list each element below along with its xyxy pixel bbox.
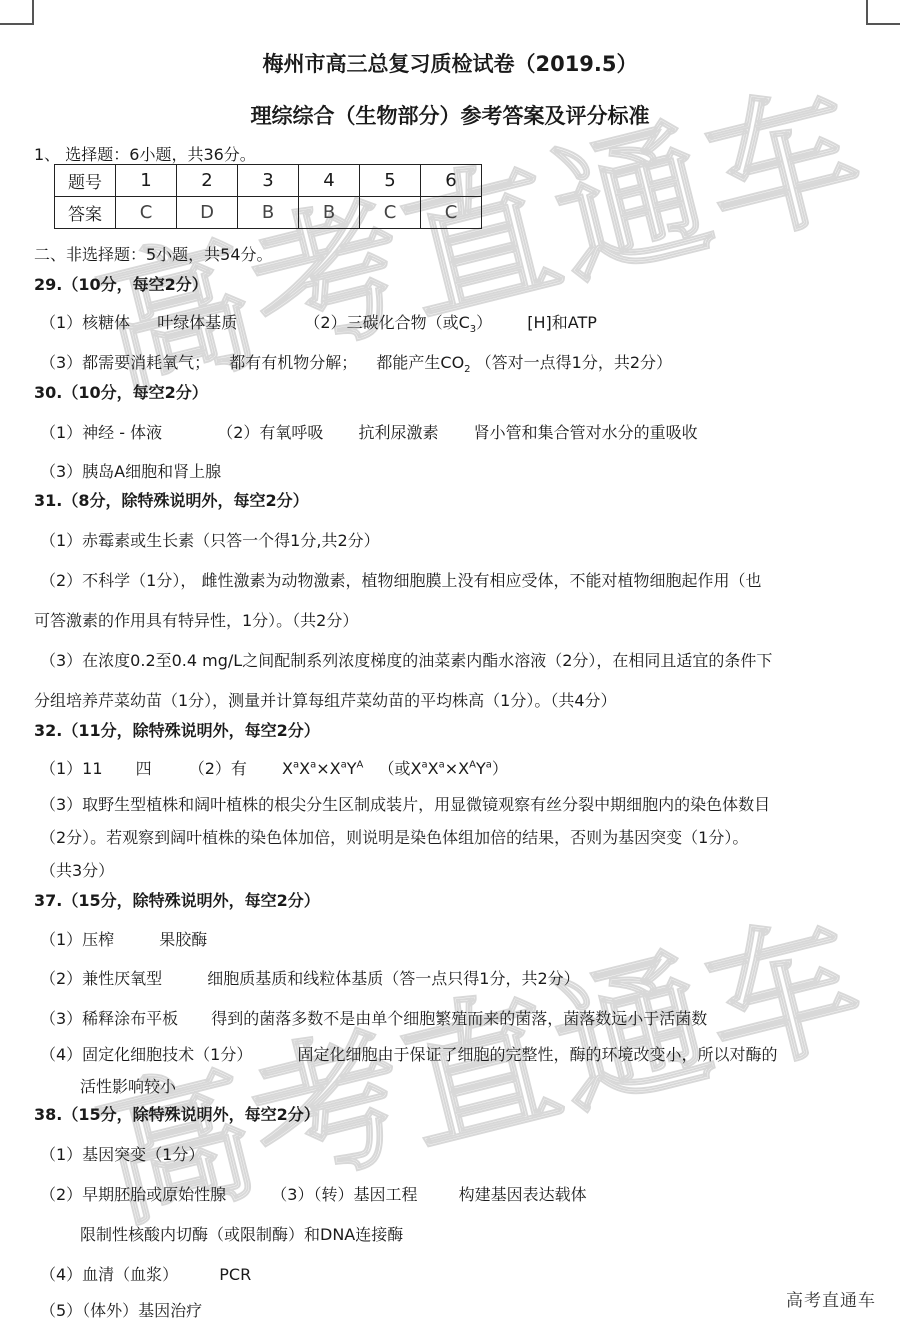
q38-line3: 限制性核酸内切酶（或限制酶）和DNA连接酶 — [80, 1222, 403, 1245]
q31-line4: （3）在浓度0.2至0.4 mg/L之间配制系列浓度梯度的油菜素内酯水溶液（2分… — [40, 648, 772, 671]
answer-table: 题号 1 2 3 4 5 6 答案 C D B B C C — [54, 164, 482, 229]
table-cell: D — [177, 197, 238, 229]
section2-heading: 二、非选择题：5小题，共54分。 — [34, 242, 273, 265]
q31-heading: 31.（8分，除特殊说明外，每空2分） — [34, 488, 309, 511]
q32-heading: 32.（11分，除特殊说明外，每空2分） — [34, 718, 320, 741]
answer-text: PCR — [219, 1265, 251, 1284]
answer-text: （答对一点得1分，共2分） — [476, 353, 672, 372]
answer-text: （或 — [378, 759, 410, 778]
answer-text: （2）三碳化合物（或C — [304, 313, 469, 332]
table-cell: C — [421, 197, 482, 229]
q31-line3: 可答激素的作用具有特异性，1分）。（共2分） — [34, 608, 358, 631]
q30-line1: （1）神经 - 体液 （2）有氧呼吸 抗利尿激素 肾小管和集合管对水分的重吸收 — [40, 420, 698, 443]
q37-line3: （3）稀释涂布平板 得到的菌落多数不是由单个细胞繁殖而来的菌落，菌落数远小于活菌… — [40, 1006, 707, 1029]
table-cell: 2 — [177, 165, 238, 197]
answer-text: （4）血清（血浆） — [40, 1265, 178, 1284]
q32-line4: （共3分） — [40, 858, 114, 881]
q30-line2: （3）胰岛A细胞和肾上腺 — [40, 459, 221, 482]
q32-line2: （3）取野生型植株和阔叶植株的根尖分生区制成装片，用显微镜观察有丝分裂中期细胞内… — [40, 792, 770, 815]
q37-line4: （4）固定化细胞技术（1分） 固定化细胞由于保证了细胞的完整性，酶的环境改变小，… — [40, 1042, 777, 1065]
answer-text: 肾小管和集合管对水分的重吸收 — [474, 423, 698, 442]
answer-text: （2）有氧呼吸 — [217, 423, 323, 442]
table-cell: 5 — [360, 165, 421, 197]
crop-mark-top-left — [0, 0, 34, 25]
answer-text: 叶绿体基质 — [157, 313, 237, 332]
answer-text: 都有有机物分解； — [229, 353, 357, 372]
document-subtitle: 理综综合（生物部分）参考答案及评分标准 — [0, 100, 900, 130]
table-cell: C — [360, 197, 421, 229]
answer-text: （2）早期胚胎或原始性腺 — [40, 1185, 226, 1204]
answer-text: （2）有 — [189, 759, 247, 778]
subscript: 2 — [464, 364, 470, 375]
table-row-numbers: 题号 1 2 3 4 5 6 — [55, 165, 482, 197]
answer-text: 抗利尿激素 — [359, 423, 439, 442]
q38-heading: 38.（15分，除特殊说明外，每空2分） — [34, 1102, 320, 1125]
genotype-cross-2: XaXa×XAYa — [411, 759, 492, 778]
q32-line3: （2分）。若观察到阔叶植株的染色体加倍，则说明是染色体组加倍的结果，否则为基因突… — [40, 825, 748, 848]
genotype-cross-1: XaXa×XaYA — [282, 759, 363, 778]
section1-heading: 1、 选择题：6小题，共36分。 — [34, 142, 256, 165]
answer-text: （4）固定化细胞技术（1分） — [40, 1045, 252, 1064]
answer-text: （1）压榨 — [40, 930, 114, 949]
answer-text: （3）（转）基因工程 — [271, 1185, 417, 1204]
table-cell: 3 — [238, 165, 299, 197]
table-cell: 4 — [299, 165, 360, 197]
q29-line2: （3）都需要消耗氧气； 都有有机物分解； 都能产生CO2 （答对一点得1分，共2… — [40, 350, 672, 375]
answer-text: 固定化细胞由于保证了细胞的完整性，酶的环境改变小，所以对酶的 — [297, 1045, 777, 1064]
table-cell: 1 — [116, 165, 177, 197]
answer-text: （3）都需要消耗氧气； — [40, 353, 210, 372]
answer-text: ） — [492, 759, 508, 778]
answer-text: 构建基因表达载体 — [459, 1185, 587, 1204]
answer-text: ） — [476, 313, 492, 332]
q32-line1: （1）11 四 （2）有 XaXa×XaYA （或XaXa×XAYa） — [40, 756, 508, 779]
q30-heading: 30.（10分，每空2分） — [34, 380, 208, 403]
q38-line1: （1）基因突变（1分） — [40, 1142, 204, 1165]
answer-text: 都能产生CO — [376, 353, 464, 372]
answer-text: （3）稀释涂布平板 — [40, 1009, 178, 1028]
table-cell: B — [299, 197, 360, 229]
q38-line4: （4）血清（血浆） PCR — [40, 1262, 251, 1285]
answer-text: （2）兼性厌氧型 — [40, 969, 162, 988]
table-cell: 6 — [421, 165, 482, 197]
q38-line2: （2）早期胚胎或原始性腺 （3）（转）基因工程 构建基因表达载体 — [40, 1182, 587, 1205]
table-cell: C — [116, 197, 177, 229]
table-header-label: 题号 — [55, 165, 116, 197]
answer-text: （1）神经 - 体液 — [40, 423, 162, 442]
q29-heading: 29.（10分，每空2分） — [34, 272, 208, 295]
footer-logo: 高考直通车 — [786, 1286, 876, 1311]
answer-text: [H]和ATP — [527, 313, 597, 332]
answer-text: 果胶酶 — [159, 930, 207, 949]
q37-line2: （2）兼性厌氧型 细胞质基质和线粒体基质（答一点只得1分，共2分） — [40, 966, 580, 989]
q37-heading: 37.（15分，除特殊说明外，每空2分） — [34, 888, 320, 911]
table-cell: B — [238, 197, 299, 229]
q31-line5: 分组培养芹菜幼苗（1分），测量并计算每组芹菜幼苗的平均株高（1分）。（共4分） — [34, 688, 617, 711]
q38-line5: （5）（体外）基因治疗 — [40, 1298, 202, 1321]
crop-mark-top-right — [866, 0, 900, 25]
q31-line2: （2）不科学（1分）， 雌性激素为动物激素，植物细胞膜上没有相应受体，不能对植物… — [40, 568, 761, 591]
q29-line1: （1）核糖体 叶绿体基质 （2）三碳化合物（或C3） [H]和ATP — [40, 310, 597, 335]
table-row-answers: 答案 C D B B C C — [55, 197, 482, 229]
answer-text: 四 — [136, 759, 152, 778]
answer-text: （1）11 — [40, 759, 103, 778]
q31-line1: （1）赤霉素或生长素（只答一个得1分,共2分） — [40, 528, 380, 551]
answer-text: （1）核糖体 — [40, 313, 130, 332]
answer-text: 细胞质基质和线粒体基质（答一点只得1分，共2分） — [207, 969, 579, 988]
document-title: 梅州市高三总复习质检试卷（2019.5） — [0, 48, 900, 78]
q37-line1: （1）压榨 果胶酶 — [40, 927, 207, 950]
table-answer-label: 答案 — [55, 197, 116, 229]
answer-text: 得到的菌落多数不是由单个细胞繁殖而来的菌落，菌落数远小于活菌数 — [211, 1009, 707, 1028]
q37-line5: 活性影响较小 — [80, 1074, 176, 1097]
